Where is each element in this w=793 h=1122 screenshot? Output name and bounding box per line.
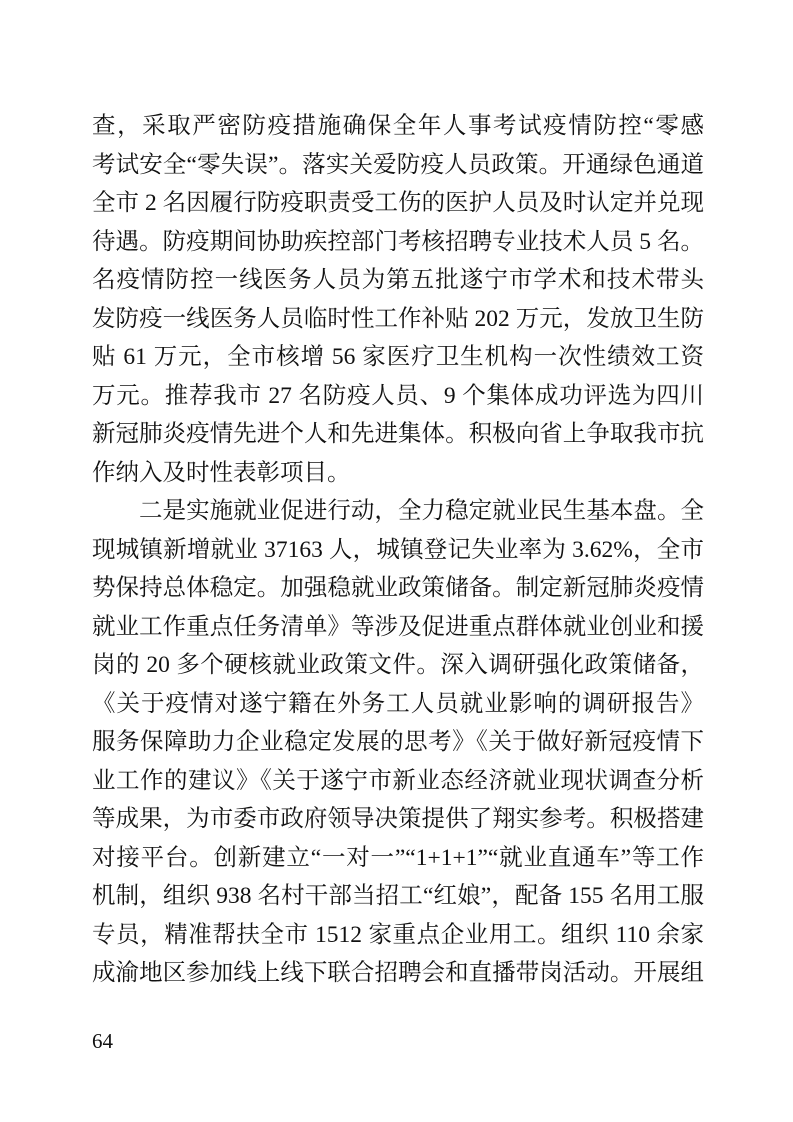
text-line: 业工作的建议》《关于遂宁市新业态经济就业现状调查分析报告》 bbox=[92, 762, 704, 801]
text-line: 成渝地区参加线上线下联合招聘会和直播带岗活动。开展组织形 bbox=[92, 954, 704, 993]
page-number: 64 bbox=[92, 1026, 113, 1056]
text-line: 新冠肺炎疫情先进个人和先进集体。积极向省上争取我市抗疫工 bbox=[92, 415, 704, 454]
document-body-text: 查，采取严密防疫措施确保全年人事考试疫情防控“零感染”、考试安全“零失误”。落实… bbox=[92, 107, 704, 993]
text-line: 对接平台。创新建立“一对一”“1+1+1”“就业直通车”等工作 bbox=[92, 839, 704, 878]
text-line: 《关于疫情对遂宁籍在外务工人员就业影响的调研报告》《强化 bbox=[92, 685, 704, 724]
text-line: 全市 2 名因履行防疫职责受工伤的医护人员及时认定并兑现工伤 bbox=[92, 184, 704, 223]
text-line: 机制，组织 938 名村干部当招工“红娘”，配备 155 名用工服务 bbox=[92, 877, 704, 916]
text-line: 待遇。防疫期间协助疾控部门考核招聘专业技术人员 5 名。评选 2 bbox=[92, 223, 704, 262]
text-line: 势保持总体稳定。加强稳就业政策储备。制定新冠肺炎疫情下《稳 bbox=[92, 569, 704, 608]
text-line: 万元。推荐我市 27 名防疫人员、9 个集体成功评选为四川省抗击 bbox=[92, 377, 704, 416]
text-line: 等成果，为市委市政府领导决策提供了翔实参考。积极搭建用工 bbox=[92, 800, 704, 839]
text-line: 查，采取严密防疫措施确保全年人事考试疫情防控“零感染”、 bbox=[92, 107, 704, 146]
text-line: 名疫情防控一线医务人员为第五批遂宁市学术和技术带头人。核 bbox=[92, 261, 704, 300]
text-line: 专员，精准帮扶全市 1512 家重点企业用工。组织 110 余家企业赴 bbox=[92, 916, 704, 955]
text-line: 二是实施就业促进行动，全力稳定就业民生基本盘。全年实 bbox=[92, 492, 704, 531]
paragraph-pandemic-personnel-policy: 查，采取严密防疫措施确保全年人事考试疫情防控“零感染”、考试安全“零失误”。落实… bbox=[92, 107, 704, 492]
text-line: 服务保障助力企业稳定发展的思考》《关于做好新冠疫情下稳就 bbox=[92, 723, 704, 762]
text-line: 作纳入及时性表彰项目。 bbox=[92, 454, 704, 493]
text-line: 贴 61 万元，全市核增 56 家医疗卫生机构一次性绩效工资 2001.9 bbox=[92, 338, 704, 377]
text-line: 发防疫一线医务人员临时性工作补贴 202 万元，发放卫生防疫津 bbox=[92, 300, 704, 339]
text-line: 考试安全“零失误”。落实关爱防疫人员政策。开通绿色通道为 bbox=[92, 146, 704, 185]
paragraph-employment-promotion-action: 二是实施就业促进行动，全力稳定就业民生基本盘。全年实现城镇新增就业 37163 … bbox=[92, 492, 704, 993]
text-line: 岗的 20 多个硬核就业政策文件。深入调研强化政策储备，形成了 bbox=[92, 646, 704, 685]
text-line: 就业工作重点任务清单》等涉及促进重点群体就业创业和援企稳 bbox=[92, 608, 704, 647]
text-line: 现城镇新增就业 37163 人，城镇登记失业率为 3.62%，全市就业局 bbox=[92, 531, 704, 570]
document-page: 查，采取严密防疫措施确保全年人事考试疫情防控“零感染”、考试安全“零失误”。落实… bbox=[0, 0, 793, 1122]
